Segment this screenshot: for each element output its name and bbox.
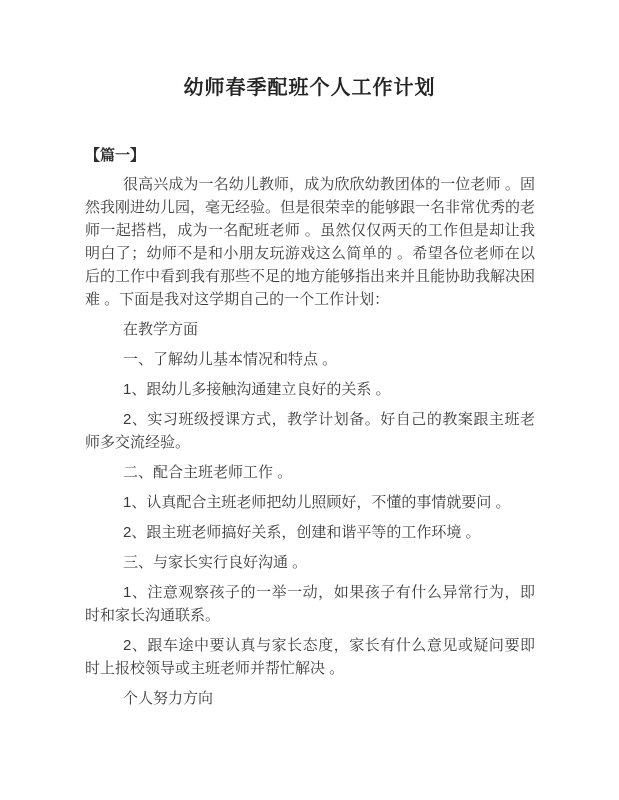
paragraph-point-3-1: 1、注意观察孩子的一举一动，如果孩子有什么异常行为，即时和家长沟通联系。 <box>85 581 535 627</box>
paragraph-point-1-1: 1、跟幼儿多接触沟通建立良好的关系 。 <box>85 378 535 401</box>
paragraph-point-2: 二、配合主班老师工作 。 <box>85 461 535 484</box>
document-page: 幼师春季配班个人工作计划 【篇一】 很高兴成为一名幼儿教师，成为欣欣幼教团体的一… <box>0 0 619 800</box>
paragraph-point-2-1: 1、认真配合主班老师把幼儿照顾好，不懂的事情就要问 。 <box>85 491 535 514</box>
paragraph-point-3-2: 2、跟车途中要认真与家长态度，家长有什么意见或疑问要即时上报校领导或主班老师并帮… <box>85 634 535 680</box>
document-body: 【篇一】 很高兴成为一名幼儿教师，成为欣欣幼教团体的一位老师 。固然我刚进幼儿园… <box>85 144 535 710</box>
document-title: 幼师春季配班个人工作计划 <box>0 73 619 103</box>
section-label: 【篇一】 <box>85 144 535 167</box>
paragraph-point-3: 三、与家长实行良好沟通 。 <box>85 551 535 574</box>
paragraph-personal-effort: 个人努力方向 <box>85 687 535 710</box>
paragraph-intro: 很高兴成为一名幼儿教师，成为欣欣幼教团体的一位老师 。固然我刚进幼儿园，毫无经验… <box>85 173 535 311</box>
paragraph-point-2-2: 2、跟主班老师搞好关系，创建和谐平等的工作环境 。 <box>85 521 535 544</box>
paragraph-point-1: 一、了解幼儿基本情况和特点 。 <box>85 348 535 371</box>
paragraph-teaching-heading: 在教学方面 <box>85 318 535 341</box>
paragraph-point-1-2: 2、实习班级授课方式，教学计划备。好自己的教案跟主班老师多交流经验。 <box>85 408 535 454</box>
